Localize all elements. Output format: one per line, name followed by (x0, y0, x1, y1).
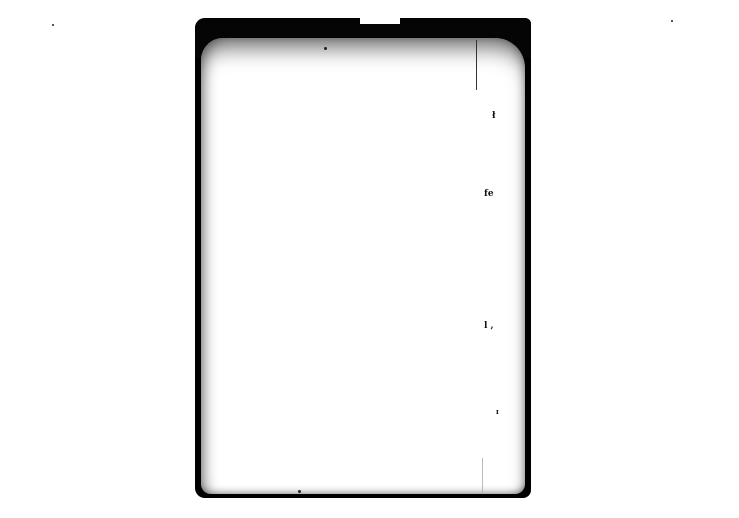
margin-mark-1: ł (492, 112, 495, 121)
page-body (201, 38, 525, 494)
speck (52, 24, 54, 26)
margin-mark-4: ɪ (496, 408, 499, 415)
fold-line (476, 40, 477, 90)
scanned-page (195, 18, 531, 498)
top-notch (360, 18, 400, 24)
speck (324, 47, 327, 50)
margin-mark-3: l , (484, 322, 494, 331)
fold-line-bottom (482, 458, 483, 493)
speck (298, 490, 301, 493)
margin-mark-2: fe (484, 190, 494, 199)
right-edge-shadow (526, 58, 531, 488)
speck (671, 20, 673, 22)
